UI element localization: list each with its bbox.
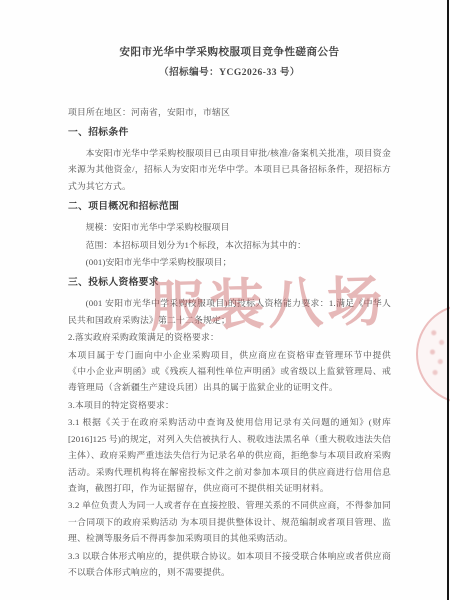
- document-content: 安阳市光华中学采购校服项目竞争性磋商公告 （招标编号：YCG2026-33 号）…: [0, 0, 450, 580]
- doc-paragraph: 范围：本招标项目划分为1个标段，本次招标为其中的：: [68, 237, 391, 253]
- section-tender-conditions: 一、招标条件 本安阳市光华中学采购校服项目已由项目审批/核准/备案机关批准，项目…: [68, 124, 391, 194]
- section-heading: 一、招标条件: [68, 124, 391, 142]
- scanned-document-page: 服装八场 安阳市光华中学采购校服项目竞争性磋商公告 （招标编号：YCG2026-…: [0, 0, 450, 600]
- section-bidder-qualifications: 三、投标人资格要求 (001 安阳市光华中学采购校服项目)的投标人资格能力要求：…: [68, 274, 391, 580]
- doc-paragraph: 2.落实政府采购政策满足的资格要求：: [68, 329, 391, 345]
- doc-paragraph: 3.1 根据《关于在政府采购活动中查询及使用信用记录有关问题的通知》(财库[20…: [68, 414, 391, 496]
- document-title: 安阳市光华中学采购校服项目竞争性磋商公告: [68, 46, 391, 60]
- project-location-line: 项目所在地区：河南省，安阳市，市辖区: [68, 104, 391, 120]
- doc-paragraph: 规模：安阳市光华中学采购校服项目: [68, 219, 391, 235]
- doc-paragraph: 本安阳市光华中学采购校服项目已由项目审批/核准/备案机关批准，项目资金来源为其他…: [68, 145, 391, 194]
- section-project-overview: 二、项目概况和招标范围 规模：安阳市光华中学采购校服项目 范围：本招标项目划分为…: [68, 198, 391, 270]
- doc-paragraph: 3.本项目的特定资格要求：: [68, 397, 391, 413]
- doc-paragraph: (001)安阳市光华中学采购校服项目；: [68, 254, 391, 270]
- doc-paragraph: 本项目属于专门面向中小企业采购项目，供应商应在资格审查管理环节中提供《中小企业声…: [68, 347, 391, 396]
- section-heading: 二、项目概况和招标范围: [68, 198, 391, 216]
- scan-edge-line: [447, 0, 449, 600]
- tender-number: （招标编号：YCG2026-33 号）: [68, 67, 391, 80]
- doc-paragraph: 3.2 单位负责人为同一人或者存在直接控股、管理关系的不同供应商，不得参加同一合…: [68, 497, 391, 546]
- section-heading: 三、投标人资格要求: [68, 274, 391, 292]
- doc-paragraph: 3.3 以联合体形式响应的，提供联合协议。如本项目不接受联合体响应或者供应商不以…: [68, 548, 391, 581]
- doc-paragraph: (001 安阳市光华中学采购校服项目)的投标人资格能力要求：1.满足《中华人民共…: [68, 295, 391, 328]
